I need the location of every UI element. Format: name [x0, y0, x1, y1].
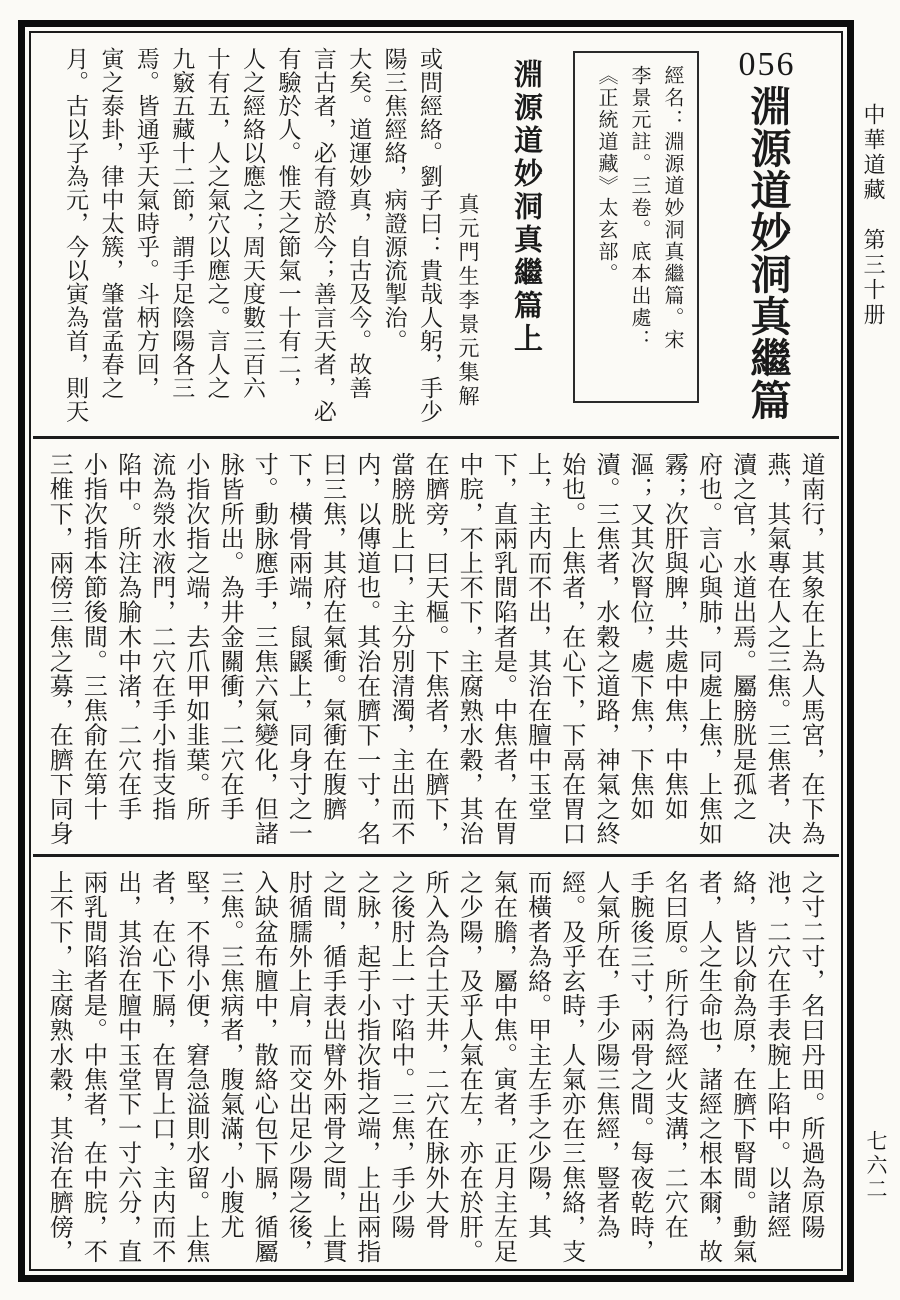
text-column: 絡，皆以俞為原，在臍下腎間。動氣	[724, 870, 758, 1267]
top-band: 056 淵源道妙洞真繼篇 經名：淵源道妙洞真繼篇。宋李景元註。三卷。底本出處：《…	[33, 35, 839, 435]
text-column: 十有五，人之氣穴以應之。言人之	[199, 47, 234, 429]
text-column: 三焦。三焦病者，腹氣滿，小腹尤	[212, 870, 246, 1267]
page-inner-frame: 056 淵源道妙洞真繼篇 經名：淵源道妙洞真繼篇。宋李景元註。三卷。底本出處：《…	[29, 31, 843, 1271]
text-column: 名曰原。所行為經火支溝，二穴在	[656, 870, 690, 1267]
text-column: 府也。言心與肺，同處上焦，上焦如	[690, 452, 724, 849]
text-column: 月。古以子為元，今以寅為首，則天	[58, 47, 93, 429]
text-column: 小指次指之端，去爪甲如韭葉。所	[178, 452, 212, 849]
text-column: 之寸二寸，名曰丹田。所過為原陽	[793, 870, 827, 1267]
main-title: 淵源道妙洞真繼篇	[747, 85, 788, 421]
text-column: 入缺盆布膻中，散絡心包下膈，循屬	[246, 870, 280, 1267]
text-column: 所入為合土天井，二穴在脉外大骨	[417, 870, 451, 1267]
text-column: 兩乳間陷者是。中焦者，在中脘，不	[75, 870, 109, 1267]
text-column: 之後肘上一寸陷中。三焦，手少陽	[383, 870, 417, 1267]
middle-band: 道南行，其象在上為人馬宮，在下為燕，其氣專在人之三焦。三焦者，决瀆之官，水道出焉…	[33, 440, 839, 853]
text-column: 小指次指本節後間。三焦俞在第十	[75, 452, 109, 849]
page-content: 056 淵源道妙洞真繼篇 經名：淵源道妙洞真繼篇。宋李景元註。三卷。底本出處：《…	[33, 35, 839, 1267]
text-column: 脉皆所出。為井金關衝，二穴在手	[212, 452, 246, 849]
text-column: 肘循臑外上肩，而交出足少陽之後，	[280, 870, 314, 1267]
text-column: 人氣所在，手少陽三焦經，豎者為	[588, 870, 622, 1267]
bottom-band: 之寸二寸，名曰丹田。所過為原陽池，二穴在手表腕上陷中。以諸經絡，皆以俞為原，在臍…	[33, 858, 839, 1267]
text-column: 曰三焦，其府在氣衝。氣衝在腹臍	[314, 452, 348, 849]
scripture-info-box: 經名：淵源道妙洞真繼篇。宋李景元註。三卷。底本出處：《正統道藏》太玄部。	[573, 51, 699, 403]
band-divider	[33, 854, 839, 857]
document-number: 056	[739, 47, 796, 83]
text-column: 者，人之生命也，諸經之根本爾，故	[690, 870, 724, 1267]
text-column: 大矣。道運妙真，自古及今。故善	[341, 47, 376, 429]
page-outer-frame: 056 淵源道妙洞真繼篇 經名：淵源道妙洞真繼篇。宋李景元註。三卷。底本出處：《…	[18, 20, 854, 1282]
text-column: 當膀胱上口，主分別清濁，主出而不	[383, 452, 417, 849]
text-column: 或問經絡。劉子曰：貴哉人躬，手少	[412, 47, 447, 429]
info-box-column: 《正統道藏》太玄部。	[589, 65, 622, 395]
text-column: 之間，循手表出臂外兩骨之間，上貫	[314, 870, 348, 1267]
text-column: 池，二穴在手表腕上陷中。以諸經	[759, 870, 793, 1267]
info-box-column: 經名：淵源道妙洞真繼篇。宋	[655, 65, 688, 395]
text-column: 始也。上焦者，在心下，下鬲在胃口	[554, 452, 588, 849]
info-box-column: 李景元註。三卷。底本出處：	[622, 65, 655, 395]
text-column: 三椎下，兩傍三焦之募，在臍下同身	[41, 452, 75, 849]
text-column: 霧；次肝與脾，共處中焦，中焦如	[656, 452, 690, 849]
text-column: 九竅五藏十二節，謂手足陰陽各三	[164, 47, 199, 429]
byline: 真元門生李景元集解	[451, 47, 485, 429]
text-column: 堅，不得小便，窘急溢則水留。上焦	[178, 870, 212, 1267]
text-column: 中脘，不上不下，主腐熟水穀，其治	[451, 452, 485, 849]
text-column: 者，在心下膈，在胃上口，主内而不	[144, 870, 178, 1267]
text-column: 上不下，主腐熟水穀，其治在臍傍，	[41, 870, 75, 1267]
scanned-page: 中華道藏 第三十册 七六二 056 淵源道妙洞真繼篇 經名：淵源道妙洞真繼篇。宋…	[0, 0, 900, 1300]
text-column: 有驗於人。惟天之節氣一十有二，	[270, 47, 305, 429]
text-column: 而橫者為絡。甲主左手之少陽，其	[519, 870, 553, 1267]
text-column: 人之經絡以應之；周天度數三百六	[235, 47, 270, 429]
text-column: 手腕後三寸，兩骨之間。每夜乾時，	[622, 870, 656, 1267]
text-column: 瀆。三焦者，水穀之道路，神氣之終	[588, 452, 622, 849]
collection-title: 中華道藏 第三十册	[858, 103, 889, 328]
text-column: 在臍旁，曰天樞。下焦者，在臍下，	[417, 452, 451, 849]
text-column: 漚；又其次腎位，處下焦，下焦如	[622, 452, 656, 849]
title-block: 056 淵源道妙洞真繼篇	[721, 47, 813, 429]
text-column: 瀆之官，水道出焉。屬膀胱是孤之	[724, 452, 758, 849]
band-divider	[33, 436, 839, 439]
section-title: 淵源道妙洞真繼篇上	[503, 47, 549, 429]
text-column: 流為滎水液門，二穴在手小指支指	[144, 452, 178, 849]
text-column: 陷中。所注為腧木中渚，二穴在手	[109, 452, 143, 849]
text-column: 内，以傳道也。其治在臍下一寸，名	[349, 452, 383, 849]
text-column: 上，主内而不出，其治在膻中玉堂	[519, 452, 553, 849]
text-column: 經。及乎玄時，人氣亦在三焦絡，支	[554, 870, 588, 1267]
page-number: 七六二	[861, 1130, 891, 1202]
text-column: 下，橫骨兩端，鼠鼷上，同身寸之一	[280, 452, 314, 849]
text-column: 之少陽，及乎人氣在左，亦在於肝。	[451, 870, 485, 1267]
text-column: 寸。動脉應手，三焦六氣變化，但諸	[246, 452, 280, 849]
text-column: 燕，其氣專在人之三焦。三焦者，决	[759, 452, 793, 849]
text-column: 氣在膽，屬中焦。寅者，正月主左足	[485, 870, 519, 1267]
text-column: 言古者，必有證於今；善言天者，必	[305, 47, 340, 429]
text-column: 寅之泰卦，律中太簇，肇當孟春之	[93, 47, 128, 429]
text-column: 陽三焦經絡，病證源流掣治。	[376, 47, 411, 429]
text-column: 焉。皆通乎天氣時乎。斗柄方回，	[128, 47, 163, 429]
text-column: 下，直兩乳間陷者是。中焦者，在胃	[485, 452, 519, 849]
text-column: 出，其治在膻中玉堂下一寸六分，直	[109, 870, 143, 1267]
text-column: 道南行，其象在上為人馬宮，在下為	[793, 452, 827, 849]
text-column: 之脉，起于小指次指之端，上出兩指	[349, 870, 383, 1267]
